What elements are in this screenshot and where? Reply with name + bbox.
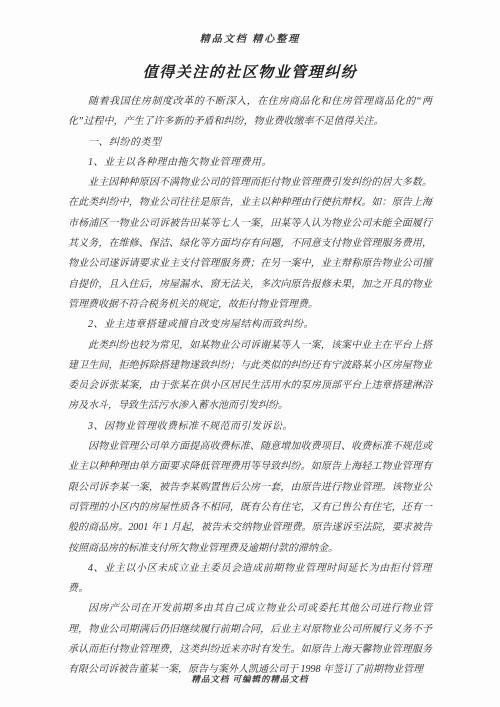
- paragraph-item: 2、业主违章搭建或擅自改变房屋结构而致纠纷。: [68, 315, 432, 335]
- paragraph-item: 3、因物业管理收费标准不规范而引发诉讼。: [68, 417, 432, 437]
- paragraph-body: 因房产公司在开发前期多由其自己成立物业公司或委托其他公司进行物业管理，物业公司期…: [68, 599, 432, 680]
- paragraph-section: 一、纠纷的类型: [68, 133, 432, 153]
- paragraph-body: 业主因种种原因不满物业公司的管理而拒付物业管理费引发纠纷的居大多数。在此类纠纷中…: [68, 173, 432, 315]
- paragraph-item: 4、业主以小区未成立业主委员会造成前期物业管理时间延长为由拒付管理费。: [68, 559, 432, 600]
- page-header-label: 精品文档 精心整理: [0, 30, 500, 45]
- paragraph-item: 1、业主以各种理由拖欠物业管理费用。: [68, 153, 432, 173]
- document-body: 随着我国住房制度改革的不断深入，在住房商品化和住房管理商品化的“两化”过程中，产…: [68, 92, 432, 681]
- page-footer-label: 精品文档 可编辑的精品文档: [0, 673, 500, 685]
- document-page: 精品文档 精心整理 值得关注的社区物业管理纠纷 随着我国住房制度改革的不断深入，…: [0, 0, 500, 707]
- document-title: 值得关注的社区物业管理纠纷: [0, 61, 500, 82]
- paragraph-body: 此类纠纷也较为常见，如某物业公司诉谢某等人一案，该案中业主在平台上搭建卫生间，拒…: [68, 336, 432, 417]
- paragraph-body: 因物业管理公司单方面提高收费标准、随意增加收费项目、收费标准不规范或业主以种种理…: [68, 437, 432, 559]
- paragraph-body: 随着我国住房制度改革的不断深入，在住房商品化和住房管理商品化的“两化”过程中，产…: [68, 92, 432, 133]
